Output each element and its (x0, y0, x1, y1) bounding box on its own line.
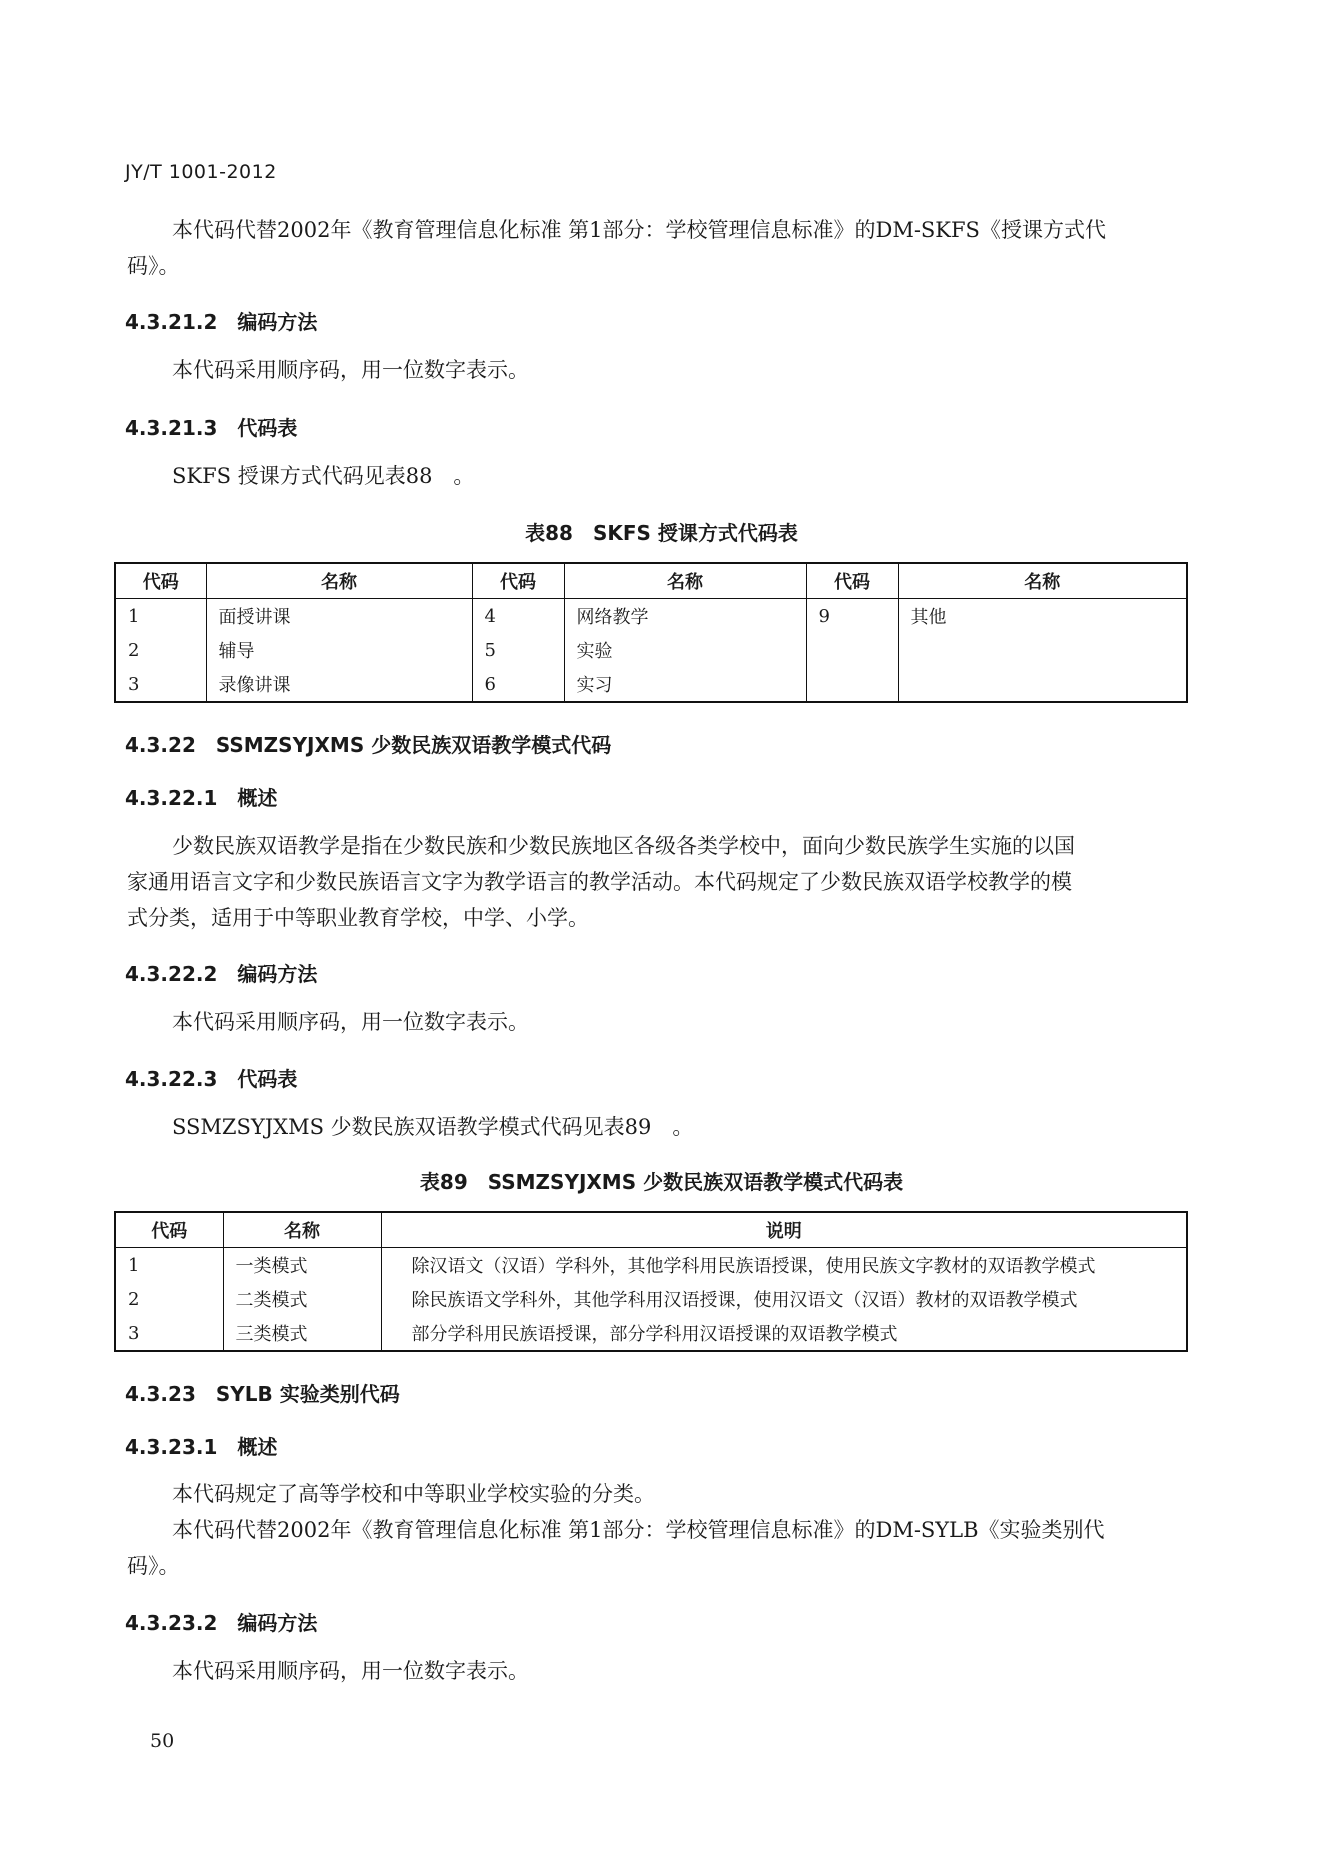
paragraph: 家通用语言文字和少数民族语言文字为教学语言的教学活动。本代码规定了少数民族双语学… (127, 864, 1072, 900)
table-cell: 辅导 (206, 633, 472, 667)
section-heading: 4.3.21.3 代码表 (125, 412, 297, 441)
table-cell (806, 633, 898, 667)
column-header: 说明 (381, 1212, 1187, 1248)
paragraph: 本代码采用顺序码，用一位数字表示。 (172, 352, 529, 388)
table-cell: 5 (472, 633, 564, 667)
column-header: 名称 (898, 563, 1187, 599)
section-heading: 4.3.22.3 代码表 (125, 1063, 297, 1092)
paragraph: 式分类，适用于中等职业教育学校，中学、小学。 (127, 900, 589, 936)
section-heading: 4.3.23.1 概述 (125, 1431, 277, 1460)
table-cell: 2 (115, 1282, 223, 1316)
paragraph: 本代码规定了高等学校和中等职业学校实验的分类。 (172, 1476, 655, 1512)
column-header: 代码 (115, 1212, 223, 1248)
column-header: 名称 (564, 563, 806, 599)
table-cell: 网络教学 (564, 599, 806, 634)
table-row: 1 面授讲课 4 网络教学 9 其他 (115, 599, 1187, 634)
table-cell: 9 (806, 599, 898, 634)
table-cell: 实习 (564, 667, 806, 702)
paragraph: SKFS 授课方式代码见表88 。 (172, 458, 474, 494)
table-row: 2 辅导 5 实验 (115, 633, 1187, 667)
table-header-row: 代码 名称 代码 名称 代码 名称 (115, 563, 1187, 599)
document-page: JY/T 1001-2012 本代码代替2002年《教育管理信息化标准 第1部分… (0, 0, 1323, 1871)
column-header: 代码 (472, 563, 564, 599)
table-cell: 一类模式 (223, 1248, 381, 1283)
table-cell: 2 (115, 633, 206, 667)
table-header-row: 代码 名称 说明 (115, 1212, 1187, 1248)
code-table-88: 代码 名称 代码 名称 代码 名称 1 面授讲课 4 网络教学 9 其他 2 辅… (114, 562, 1188, 703)
paragraph: 码》。 (127, 1548, 180, 1584)
section-heading: 4.3.22.2 编码方法 (125, 958, 317, 987)
column-header: 代码 (115, 563, 206, 599)
paragraph: 码》。 (127, 248, 180, 284)
column-header: 代码 (806, 563, 898, 599)
paragraph: 本代码采用顺序码，用一位数字表示。 (172, 1653, 529, 1689)
table-cell: 三类模式 (223, 1316, 381, 1351)
standard-id: JY/T 1001-2012 (125, 161, 277, 183)
page-number: 50 (150, 1730, 174, 1752)
table-cell: 1 (115, 1248, 223, 1283)
section-heading: 4.3.23.2 编码方法 (125, 1607, 317, 1636)
table-cell: 6 (472, 667, 564, 702)
section-heading: 4.3.22 SSMZSYJXMS 少数民族双语教学模式代码 (125, 729, 611, 758)
table-cell: 除民族语文学科外，其他学科用汉语授课，使用汉语文（汉语）教材的双语教学模式 (381, 1282, 1187, 1316)
table-row: 3 三类模式 部分学科用民族语授课，部分学科用汉语授课的双语教学模式 (115, 1316, 1187, 1351)
table-cell: 面授讲课 (206, 599, 472, 634)
paragraph: 本代码代替2002年《教育管理信息化标准 第1部分：学校管理信息标准》的DM-S… (172, 1512, 1105, 1548)
column-header: 名称 (206, 563, 472, 599)
table-cell (898, 633, 1187, 667)
table-caption: 表89 SSMZSYJXMS 少数民族双语教学模式代码表 (0, 1166, 1323, 1195)
table-cell: 4 (472, 599, 564, 634)
table-cell: 部分学科用民族语授课，部分学科用汉语授课的双语教学模式 (381, 1316, 1187, 1351)
section-heading: 4.3.22.1 概述 (125, 782, 277, 811)
code-table-89: 代码 名称 说明 1 一类模式 除汉语文（汉语）学科外，其他学科用民族语授课，使… (114, 1211, 1188, 1352)
paragraph: 少数民族双语教学是指在少数民族和少数民族地区各级各类学校中，面向少数民族学生实施… (172, 828, 1075, 864)
table-cell: 3 (115, 1316, 223, 1351)
table-cell: 实验 (564, 633, 806, 667)
table-cell: 1 (115, 599, 206, 634)
table-cell: 3 (115, 667, 206, 702)
column-header: 名称 (223, 1212, 381, 1248)
table-row: 2 二类模式 除民族语文学科外，其他学科用汉语授课，使用汉语文（汉语）教材的双语… (115, 1282, 1187, 1316)
table-caption: 表88 SKFS 授课方式代码表 (0, 517, 1323, 546)
table-cell (806, 667, 898, 702)
table-row: 1 一类模式 除汉语文（汉语）学科外，其他学科用民族语授课，使用民族文字教材的双… (115, 1248, 1187, 1283)
paragraph: SSMZSYJXMS 少数民族双语教学模式代码见表89 。 (172, 1109, 693, 1145)
table-row: 3 录像讲课 6 实习 (115, 667, 1187, 702)
table-cell: 录像讲课 (206, 667, 472, 702)
table-cell: 其他 (898, 599, 1187, 634)
table-cell (898, 667, 1187, 702)
table-cell: 除汉语文（汉语）学科外，其他学科用民族语授课，使用民族文字教材的双语教学模式 (381, 1248, 1187, 1283)
paragraph: 本代码代替2002年《教育管理信息化标准 第1部分：学校管理信息标准》的DM-S… (172, 212, 1106, 248)
paragraph: 本代码采用顺序码，用一位数字表示。 (172, 1004, 529, 1040)
section-heading: 4.3.21.2 编码方法 (125, 306, 317, 335)
table-cell: 二类模式 (223, 1282, 381, 1316)
section-heading: 4.3.23 SYLB 实验类别代码 (125, 1378, 400, 1407)
